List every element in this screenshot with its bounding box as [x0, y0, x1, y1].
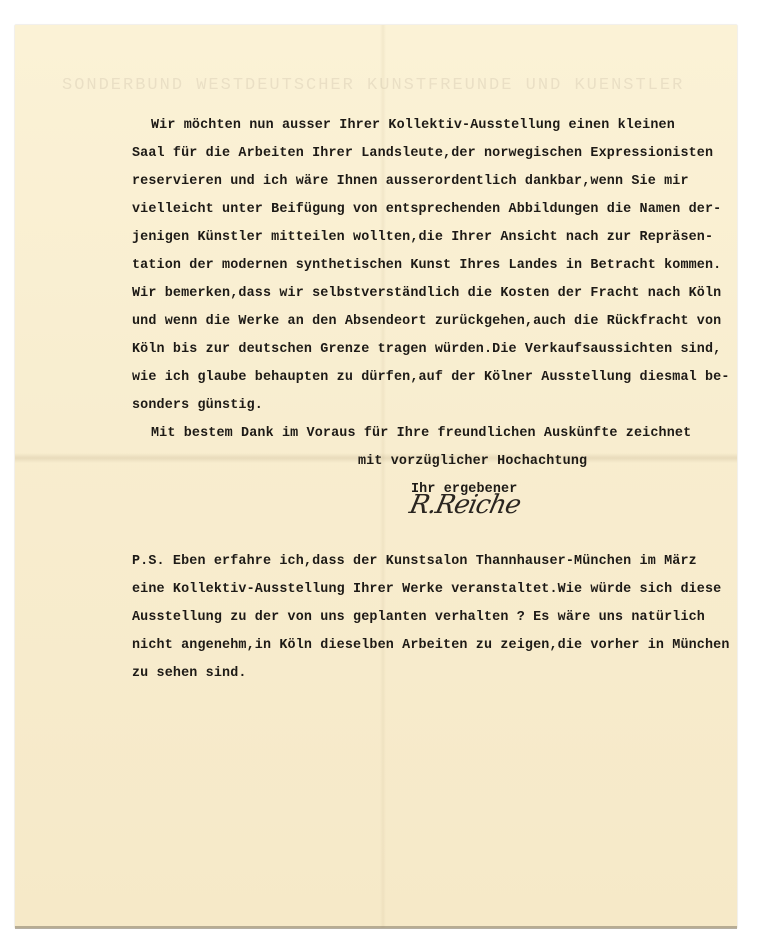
body-line: Wir möchten nun ausser Ihrer Kollektiv-A…	[151, 112, 675, 140]
postscript-line: P.S. Eben erfahre ich,dass der Kunstsalo…	[132, 548, 697, 576]
body-line: wie ich glaube behaupten zu dürfen,auf d…	[132, 364, 730, 392]
paper-edge	[15, 926, 737, 929]
postscript-line: Ausstellung zu der von uns geplanten ver…	[132, 604, 705, 632]
postscript-line: nicht angenehm,in Köln dieselben Arbeite…	[132, 632, 730, 660]
body-line: jenigen Künstler mitteilen wollten,die I…	[132, 224, 713, 252]
body-line: reservieren und ich wäre Ihnen ausserord…	[132, 168, 689, 196]
letterhead-bleed-through: SONDERBUND WESTDEUTSCHER KUNSTFREUNDE UN…	[62, 76, 684, 95]
body-line: Mit bestem Dank im Voraus für Ihre freun…	[151, 420, 691, 448]
closing-line: mit vorzüglicher Hochachtung	[358, 448, 587, 476]
body-line: Saal für die Arbeiten Ihrer Landsleute,d…	[132, 140, 713, 168]
postscript-line: eine Kollektiv-Ausstellung Ihrer Werke v…	[132, 576, 721, 604]
signature: R.Reiche	[407, 490, 523, 520]
body-line: tation der modernen synthetischen Kunst …	[132, 252, 721, 280]
body-line: Köln bis zur deutschen Grenze tragen wür…	[132, 336, 721, 364]
body-line: Wir bemerken,dass wir selbstverständlich…	[132, 280, 721, 308]
body-line: und wenn die Werke an den Absendeort zur…	[132, 308, 721, 336]
body-line: vielleicht unter Beifügung von entsprech…	[132, 196, 721, 224]
body-line: sonders günstig.	[132, 392, 263, 420]
postscript-line: zu sehen sind.	[132, 660, 247, 688]
